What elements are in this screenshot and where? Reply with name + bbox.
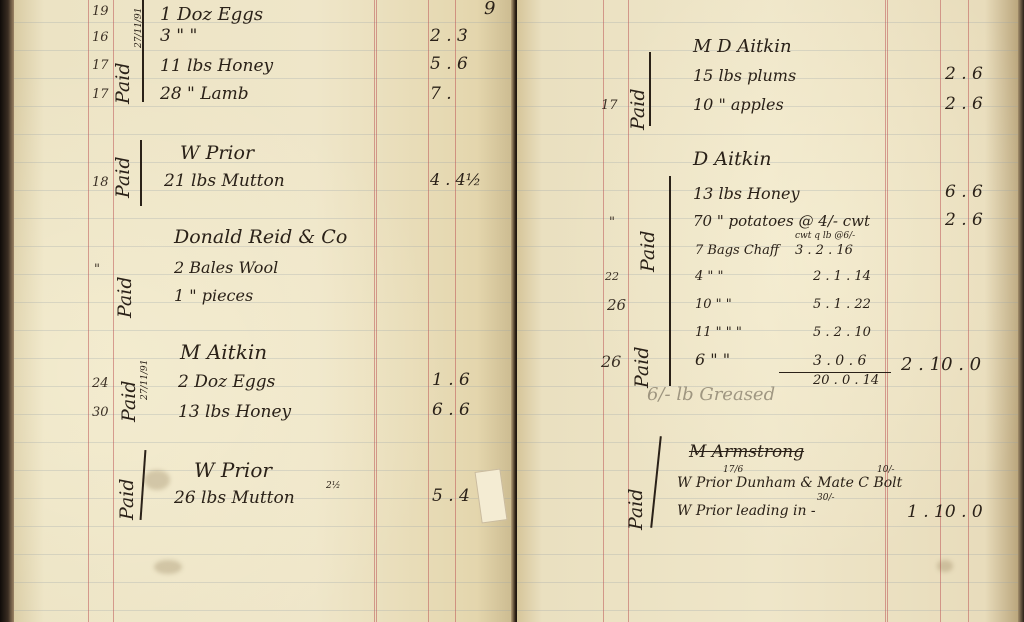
faded-text: 6/- lb Greased [647, 386, 775, 404]
date: 18 [92, 175, 109, 190]
item-desc: 13 lbs Honey [693, 186, 800, 202]
item-desc: 2 Bales Wool [174, 260, 278, 276]
right-page: M D Aitkin 17 Paid 15 lbs plums 2 . 6 10… [517, 0, 1020, 622]
date: 17 [92, 87, 109, 102]
item-desc: 70 " potatoes @ 4/- cwt [693, 214, 870, 229]
item-desc: 21 lbs Mutton [164, 173, 285, 190]
item-note: 30/- [817, 494, 835, 503]
item-amount: 7 . [430, 86, 452, 103]
item-desc: W Prior leading in - [677, 504, 816, 518]
item-desc: 10 " " [695, 298, 732, 311]
date: 22 [605, 270, 619, 283]
paid-stamp: Paid [627, 89, 649, 131]
ledger-book: 19 16 17 17 Paid 27/11/91 1 Doz Eggs 9 3… [0, 0, 1024, 622]
date: 17 [601, 98, 618, 113]
item-desc: 7 Bags Chaff [695, 244, 779, 257]
date: 30 [92, 405, 109, 420]
item-amount: 1 . 6 [432, 372, 470, 389]
account-name: W Prior [194, 460, 272, 480]
item-weight: 5 . 1 . 22 [813, 298, 871, 311]
account-name: D Aitkin [693, 150, 772, 169]
item-desc: 28 " Lamb [160, 86, 249, 103]
account-name: W Prior [180, 144, 254, 163]
date: " [94, 262, 100, 277]
date: 26 [601, 352, 621, 371]
account-name: Donald Reid & Co [174, 228, 347, 247]
date: " [609, 215, 615, 230]
sub-header: cwt q lb @6/- [795, 232, 855, 241]
paid-stamp: Paid [625, 489, 647, 531]
paid-stamp: Paid [118, 381, 140, 423]
date: 16 [92, 30, 109, 45]
date: 24 [92, 376, 109, 391]
date: 19 [92, 4, 109, 19]
item-weight: 2 . 1 . 14 [813, 270, 871, 283]
account-name: M Aitkin [180, 342, 267, 362]
account-name: M D Aitkin [693, 38, 792, 56]
bracket [650, 436, 662, 528]
item-amount: 9 [484, 0, 495, 18]
item-amount: 6 . 6 [432, 402, 470, 419]
bracket [140, 140, 142, 206]
bracket [669, 176, 671, 386]
item-desc: 3 " " [160, 28, 197, 45]
item-desc: W Prior Dunham & Mate C Bolt [677, 476, 902, 490]
item-amount: 5 . 6 [430, 56, 468, 73]
item-desc: 10 " apples [693, 97, 784, 113]
item-amount: 6 . 6 [945, 184, 983, 201]
account-name: M Armstrong [689, 444, 804, 461]
item-amount: 2 . 3 [430, 28, 468, 45]
item-note: 2½ [326, 482, 340, 491]
paid-stamp: Paid [116, 479, 138, 521]
torn-paper [475, 468, 508, 523]
item-desc: 2 Doz Eggs [178, 374, 275, 391]
item-amount: 2 . 10 . 0 [901, 356, 981, 374]
item-weight: 3 . 0 . 6 [813, 354, 866, 368]
item-desc: 11 " " " [695, 326, 742, 339]
subtotal-weight: 20 . 0 . 14 [813, 374, 879, 387]
item-desc: 6 " " [695, 352, 730, 368]
paid-stamp: Paid [631, 347, 653, 389]
item-weight: 3 . 2 . 16 [795, 244, 853, 257]
bracket [142, 0, 144, 102]
left-page: 19 16 17 17 Paid 27/11/91 1 Doz Eggs 9 3… [14, 0, 517, 622]
item-amount: 2 . 6 [945, 66, 983, 83]
item-desc: 26 lbs Mutton [174, 490, 295, 507]
item-amount: 4 . 4½ [430, 172, 481, 188]
item-desc: 4 " " [695, 270, 724, 283]
date: 17 [92, 58, 109, 73]
item-desc: 13 lbs Honey [178, 404, 291, 421]
item-amount: 1 . 10 . 0 [907, 504, 983, 521]
item-amount: 2 . 6 [945, 96, 983, 113]
bracket [649, 52, 651, 126]
item-amount: 2 . 6 [945, 212, 983, 229]
item-amount: 5 . 4 [432, 488, 470, 505]
paid-stamp: Paid [112, 157, 134, 199]
item-weight: 5 . 2 . 10 [813, 326, 871, 339]
item-desc: 15 lbs plums [693, 68, 796, 84]
date: 26 [607, 296, 626, 314]
book-edge [1018, 0, 1024, 622]
paid-stamp: Paid [114, 277, 136, 319]
paid-stamp: Paid [637, 231, 659, 273]
item-desc: 1 Doz Eggs [160, 6, 263, 24]
item-desc: 11 lbs Honey [160, 58, 273, 75]
item-desc: 1 " pieces [174, 288, 253, 304]
item-note: 17/6 [723, 466, 743, 475]
paid-stamp: Paid [112, 63, 134, 105]
item-note: 10/- [877, 466, 895, 475]
paid-date-note: 27/11/91 [140, 360, 150, 400]
